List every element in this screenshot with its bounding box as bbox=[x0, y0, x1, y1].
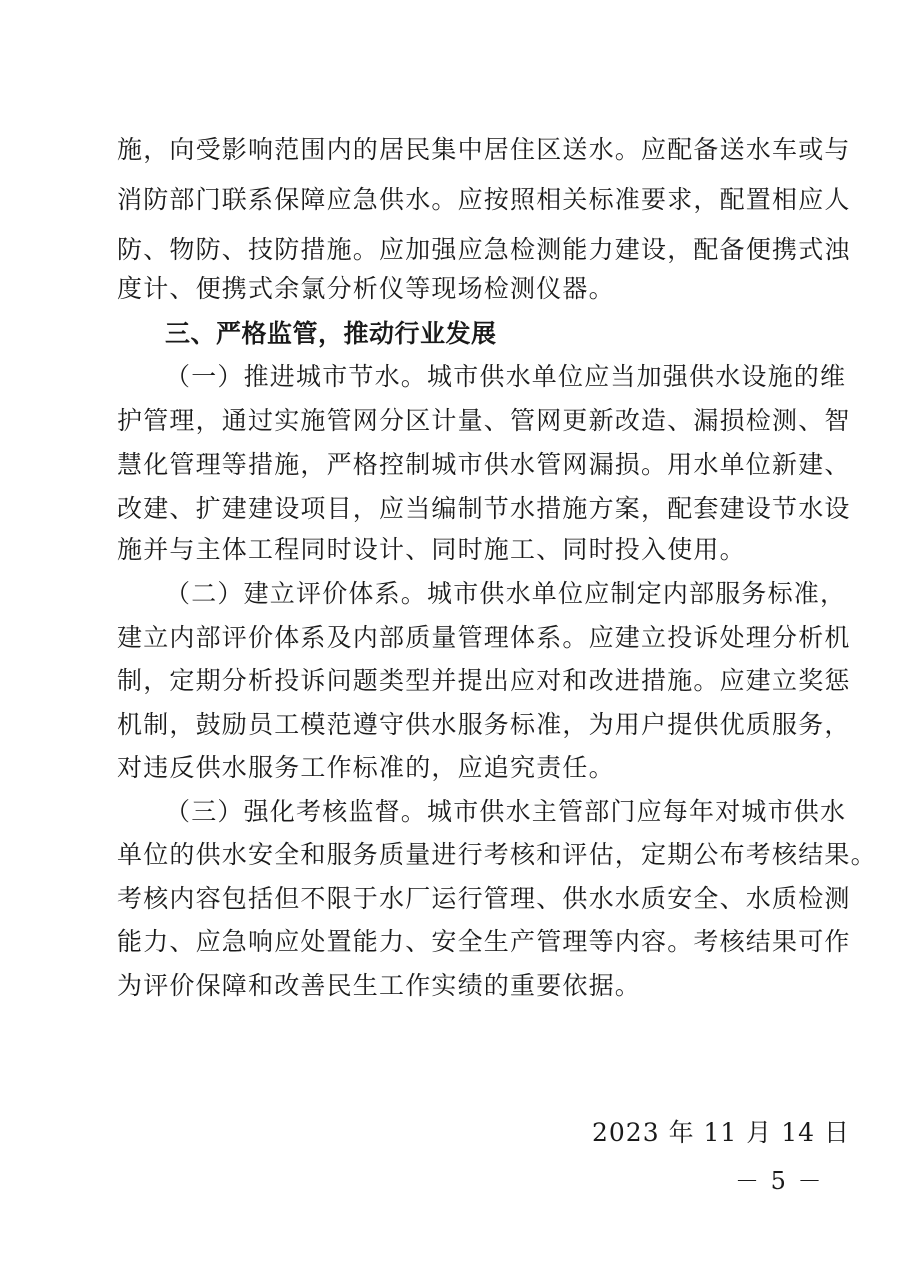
body-line: 改建、扩建建设项目，应当编制节水措施方案，配套建设节水设 bbox=[117, 493, 797, 525]
body-line: 对违反供水服务工作标准的，应追究责任。 bbox=[117, 752, 797, 784]
body-line: 慧化管理等措施，严格控制城市供水管网漏损。用水单位新建、 bbox=[117, 449, 797, 481]
body-line: 能力、应急响应处置能力、安全生产管理等内容。考核结果可作 bbox=[117, 926, 797, 958]
body-line: 单位的供水安全和服务质量进行考核和评估，定期公布考核结果。 bbox=[117, 839, 797, 871]
body-line: 考核内容包括但不限于水厂运行管理、供水水质安全、水质检测 bbox=[117, 883, 797, 915]
page-number: － 5 － bbox=[735, 1165, 824, 1197]
body-line: 机制，鼓励员工模范遵守供水服务标准，为用户提供优质服务， bbox=[117, 709, 797, 741]
section-heading: 三、严格监管，推动行业发展 bbox=[165, 318, 845, 350]
body-line: 消防部门联系保障应急供水。应按照相关标准要求，配置相应人 bbox=[117, 184, 797, 216]
document-date: 2023 年 11 月 14 日 bbox=[592, 1117, 850, 1149]
body-line: 施并与主体工程同时设计、同时施工、同时投入使用。 bbox=[117, 534, 797, 566]
body-line: 建立内部评价体系及内部质量管理体系。应建立投诉处理分析机 bbox=[117, 622, 797, 654]
body-line: 防、物防、技防措施。应加强应急检测能力建设，配备便携式浊 bbox=[117, 234, 797, 266]
body-line: 制，定期分析投诉问题类型并提出应对和改进措施。应建立奖惩 bbox=[117, 665, 797, 697]
body-line: 施，向受影响范围内的居民集中居住区送水。应配备送水车或与 bbox=[117, 134, 797, 166]
body-line: （三）强化考核监督。城市供水主管部门应每年对城市供水 bbox=[165, 796, 845, 828]
body-line: （二）建立评价体系。城市供水单位应制定内部服务标准， bbox=[165, 578, 845, 610]
body-line: 护管理，通过实施管网分区计量、管网更新改造、漏损检测、智 bbox=[117, 405, 797, 437]
body-line: 度计、便携式余氯分析仪等现场检测仪器。 bbox=[117, 273, 797, 305]
body-line: （一）推进城市节水。城市供水单位应当加强供水设施的维 bbox=[165, 361, 845, 393]
body-line: 为评价保障和改善民生工作实绩的重要依据。 bbox=[117, 970, 797, 1002]
document-page: 施，向受影响范围内的居民集中居住区送水。应配备送水车或与 消防部门联系保障应急供… bbox=[0, 0, 900, 1273]
